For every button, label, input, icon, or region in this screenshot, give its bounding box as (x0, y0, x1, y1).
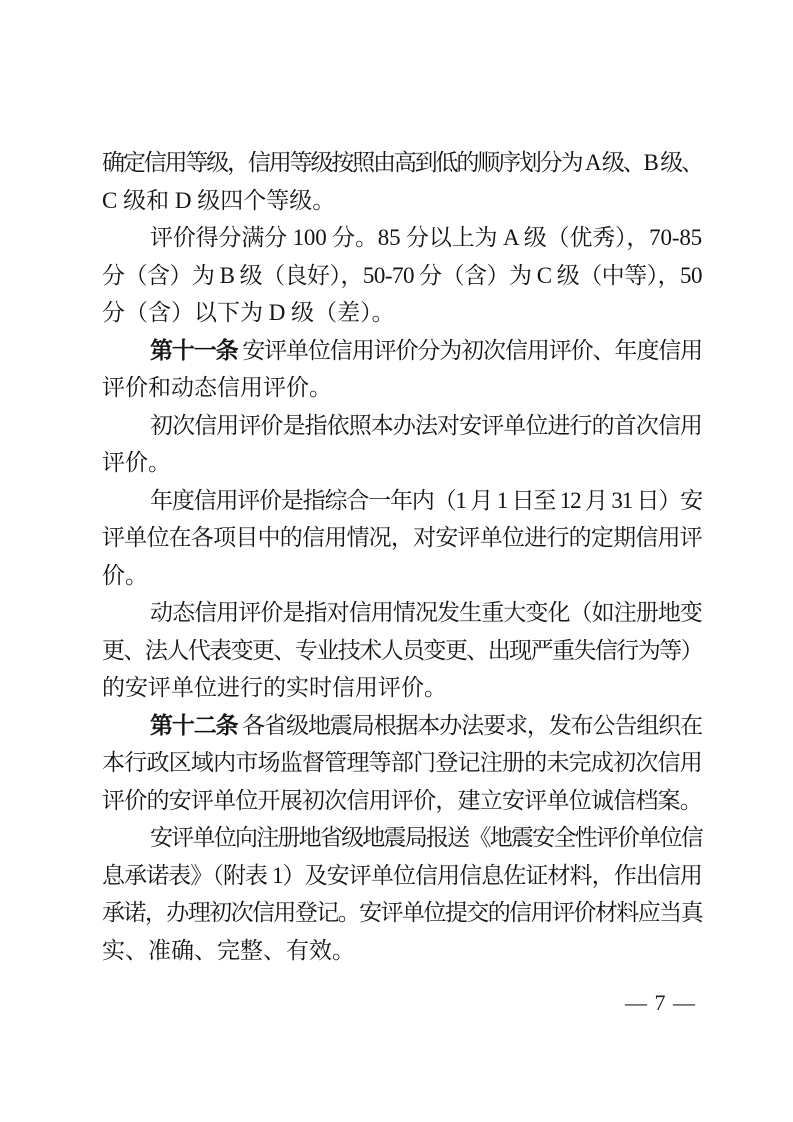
article-heading: 第十二条 (150, 713, 238, 738)
text-run: 评价的安评单位开展初次信用评价，建立安评单位诚信档案。 (102, 788, 702, 813)
text-line: 评价得分满分 100 分。85 分以上为 A 级（优秀），70-85 (102, 219, 702, 257)
text-line-content: 承诺，办理初次信用登记。安评单位提交的信用评价材料应当真 (102, 900, 702, 925)
text-line: 评单位在各项目中的信用情况，对安评单位进行的定期信用评 (102, 519, 702, 557)
text-run: 评单位在各项目中的信用情况，对安评单位进行的定期信用评 (102, 525, 702, 550)
text-line-content: 年度信用评价是指综合一年内（1 月 1 日至 12 月 31 日）安 (150, 488, 702, 513)
text-line: 更、法人代表变更、专业技术人员变更、出现严重失信行为等） (102, 632, 702, 670)
text-line: 评价的安评单位开展初次信用评价，建立安评单位诚信档案。 (102, 782, 702, 820)
text-line-content: 第十一条 安评单位信用评价分为初次信用评价、年度信用 (150, 338, 702, 363)
text-line: 分（含）为 B 级（良好），50-70 分（含）为 C 级（中等），50 (102, 257, 702, 295)
text-run: 实、准确、完整、有效。 (102, 938, 355, 963)
text-line-content: 确定信用等级，信用等级按照由高到低的顺序划分为 A 级、B 级、 (102, 150, 702, 175)
text-line-content: 评单位在各项目中的信用情况，对安评单位进行的定期信用评 (102, 525, 702, 550)
article-heading: 第十一条 (150, 338, 238, 363)
text-line: 息承诺表》（附表 1）及安评单位信用信息佐证材料，作出信用 (102, 857, 702, 895)
text-run: 各省级地震局根据本办法要求，发布公告组织在 (238, 713, 702, 738)
text-run: 年度信用评价是指综合一年内（1 月 1 日至 12 月 31 日）安 (150, 488, 702, 513)
text-line: 分（含）以下为 D 级（差）。 (102, 294, 702, 332)
text-line-content: 分（含）为 B 级（良好），50-70 分（含）为 C 级（中等），50 (102, 263, 702, 288)
text-line-content: 评价得分满分 100 分。85 分以上为 A 级（优秀），70-85 (150, 225, 702, 250)
text-line: 实、准确、完整、有效。 (102, 932, 702, 970)
text-line: 评价和动态信用评价。 (102, 369, 702, 407)
text-run: 承诺，办理初次信用登记。安评单位提交的信用评价材料应当真 (102, 900, 702, 925)
page-number: — 7 — (0, 988, 696, 1018)
text-line-content: 实、准确、完整、有效。 (102, 938, 355, 963)
text-line-content: 初次信用评价是指依照本办法对安评单位进行的首次信用 (150, 413, 702, 438)
text-run: 分（含）为 B 级（良好），50-70 分（含）为 C 级（中等），50 (102, 263, 702, 288)
text-run: C 级和 D 级四个等级。 (102, 188, 335, 213)
text-line: 初次信用评价是指依照本办法对安评单位进行的首次信用 (102, 407, 702, 445)
text-run: 价。 (102, 563, 148, 588)
text-run: 本行政区域内市场监督管理等部门登记注册的未完成初次信用 (102, 750, 702, 775)
text-run: 的安评单位进行的实时信用评价。 (102, 675, 447, 700)
document-page: 确定信用等级，信用等级按照由高到低的顺序划分为 A 级、B 级、C 级和 D 级… (0, 0, 793, 1122)
text-run: 评价得分满分 100 分。85 分以上为 A 级（优秀），70-85 (150, 225, 702, 250)
text-line-content: 评价。 (102, 450, 171, 475)
document-body: 确定信用等级，信用等级按照由高到低的顺序划分为 A 级、B 级、C 级和 D 级… (102, 144, 702, 969)
text-run: 更、法人代表变更、专业技术人员变更、出现严重失信行为等） (102, 638, 702, 663)
text-line-content: 评价的安评单位开展初次信用评价，建立安评单位诚信档案。 (102, 788, 702, 813)
text-run: 安评单位信用评价分为初次信用评价、年度信用 (238, 338, 702, 363)
text-line-content: 价。 (102, 563, 148, 588)
text-line: 第十一条 安评单位信用评价分为初次信用评价、年度信用 (102, 332, 702, 370)
text-line: 动态信用评价是指对信用情况发生重大变化（如注册地变 (102, 594, 702, 632)
text-line: 安评单位向注册地省级地震局报送《地震安全性评价单位信 (102, 819, 702, 857)
text-line-content: C 级和 D 级四个等级。 (102, 188, 335, 213)
text-line-content: 评价和动态信用评价。 (102, 375, 332, 400)
text-run: 息承诺表》（附表 1）及安评单位信用信息佐证材料，作出信用 (102, 863, 702, 888)
text-run: 确定信用等级，信用等级按照由高到低的顺序划分为 A 级、B 级、 (102, 150, 702, 175)
text-line: 的安评单位进行的实时信用评价。 (102, 669, 702, 707)
text-line: 年度信用评价是指综合一年内（1 月 1 日至 12 月 31 日）安 (102, 482, 702, 520)
text-run: 初次信用评价是指依照本办法对安评单位进行的首次信用 (150, 413, 702, 438)
text-line: 评价。 (102, 444, 702, 482)
text-line-content: 息承诺表》（附表 1）及安评单位信用信息佐证材料，作出信用 (102, 863, 702, 888)
text-line: 第十二条 各省级地震局根据本办法要求，发布公告组织在 (102, 707, 702, 745)
text-run: 评价和动态信用评价。 (102, 375, 332, 400)
text-line: 价。 (102, 557, 702, 595)
text-run: 安评单位向注册地省级地震局报送《地震安全性评价单位信 (150, 825, 702, 850)
text-line-content: 本行政区域内市场监督管理等部门登记注册的未完成初次信用 (102, 750, 702, 775)
text-line: C 级和 D 级四个等级。 (102, 182, 702, 220)
text-run: 分（含）以下为 D 级（差）。 (102, 300, 395, 325)
text-line-content: 安评单位向注册地省级地震局报送《地震安全性评价单位信 (150, 825, 702, 850)
text-line: 本行政区域内市场监督管理等部门登记注册的未完成初次信用 (102, 744, 702, 782)
text-line-content: 第十二条 各省级地震局根据本办法要求，发布公告组织在 (150, 713, 702, 738)
text-line: 确定信用等级，信用等级按照由高到低的顺序划分为 A 级、B 级、 (102, 144, 702, 182)
text-line-content: 动态信用评价是指对信用情况发生重大变化（如注册地变 (150, 600, 702, 625)
text-line: 承诺，办理初次信用登记。安评单位提交的信用评价材料应当真 (102, 894, 702, 932)
text-line-content: 分（含）以下为 D 级（差）。 (102, 300, 395, 325)
text-run: 评价。 (102, 450, 171, 475)
text-line-content: 的安评单位进行的实时信用评价。 (102, 675, 447, 700)
text-line-content: 更、法人代表变更、专业技术人员变更、出现严重失信行为等） (102, 638, 702, 663)
text-run: 动态信用评价是指对信用情况发生重大变化（如注册地变 (150, 600, 702, 625)
